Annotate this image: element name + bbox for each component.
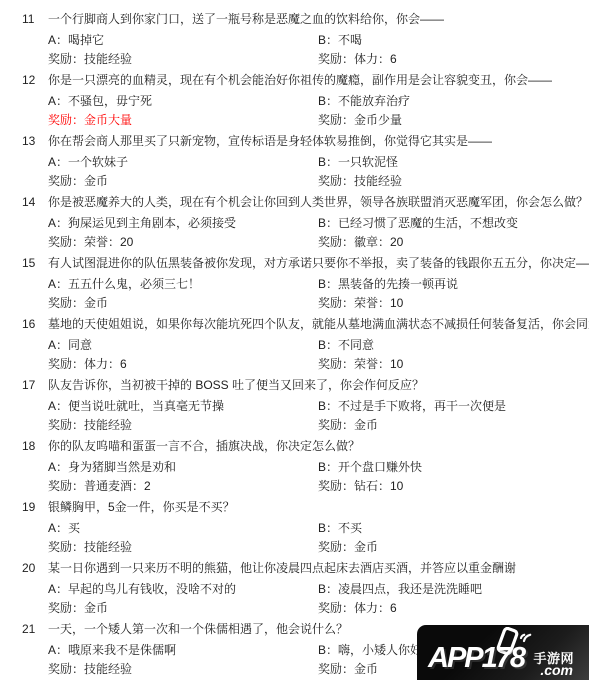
reward-a: 奖励：体力：6	[48, 356, 318, 377]
reward-a: 奖励：金币大量	[48, 112, 318, 133]
question-block: 20 某一日你遇到一只来历不明的熊猫，他让你凌晨四点起床去酒店买酒，并答应以重金…	[0, 560, 589, 621]
option-a: A：哦原来我不是侏儒啊	[48, 642, 318, 661]
question-block: 15 有人试图混进你的队伍黑装备被你发现，对方承诺只要你不举报，卖了装备的钱跟你…	[0, 255, 589, 316]
option-a: A：狗屎运见到主角剧本，必须接受	[48, 215, 318, 234]
reward-b: 奖励：荣誉：10	[318, 356, 589, 377]
question-block: 16 墓地的天使姐姐说，如果你每次能坑死四个队友，就能从墓地满血满状态不减损任何…	[0, 316, 589, 377]
question-number: 15	[22, 255, 48, 276]
question-block: 14 你是被恶魔养大的人类，现在有个机会让你回到人类世界，领导各族联盟消灭恶魔军…	[0, 194, 589, 255]
reward-a: 奖励：金币	[48, 173, 318, 194]
question-block: 18 你的队友呜喵和蛋蛋一言不合，插旗决战，你决定怎么做？ A：身为猪脚当然是劝…	[0, 438, 589, 499]
option-b: B：凌晨四点，我还是洗洗睡吧	[318, 581, 589, 600]
option-a: A：同意	[48, 337, 318, 356]
quiz-guide-document: 11 一个行脚商人到你家门口，送了一瓶号称是恶魔之血的饮料给你，你会—— A：喝…	[0, 0, 589, 680]
question-text: 你是一只漂亮的血精灵，现在有个机会能治好你祖传的魔瘾，副作用是会让容貌变丑，你会…	[48, 72, 589, 93]
reward-b: 奖励：金币	[318, 539, 589, 560]
reward-b: 奖励：金币少量	[318, 112, 589, 133]
question-text: 墓地的天使姐姐说，如果你每次能坑死四个队友，就能从墓地满血满状态不减损任何装备复…	[48, 316, 589, 337]
option-a: A：便当说吐就吐，当真毫无节操	[48, 398, 318, 417]
option-b: B：不同意	[318, 337, 589, 356]
reward-a: 奖励：技能经验	[48, 417, 318, 438]
option-a: A：买	[48, 520, 318, 539]
question-block: 19 银鳞胸甲，5金一件，你买是不买？ A：买 B：不买 奖励：技能经验 奖励：…	[0, 499, 589, 560]
reward-a: 奖励：荣誉：20	[48, 234, 318, 255]
question-number: 11	[22, 11, 48, 32]
question-text: 一个行脚商人到你家门口，送了一瓶号称是恶魔之血的饮料给你，你会——	[48, 11, 589, 32]
question-block: 17 队友告诉你，当初被干掉的 BOSS 吐了便当又回来了，你会作何反应？ A：…	[0, 377, 589, 438]
question-number: 21	[22, 621, 48, 642]
option-b: B：不买	[318, 520, 589, 539]
question-number: 16	[22, 316, 48, 337]
question-number: 18	[22, 438, 48, 459]
question-number: 19	[22, 499, 48, 520]
watermark-brand-text: APP178	[428, 644, 524, 673]
reward-b: 奖励：金币	[318, 417, 589, 438]
question-block: 12 你是一只漂亮的血精灵，现在有个机会能治好你祖传的魔瘾，副作用是会让容貌变丑…	[0, 72, 589, 133]
question-number: 17	[22, 377, 48, 398]
option-b: B：黑装备的先揍一顿再说	[318, 276, 589, 295]
reward-b: 奖励：体力：6	[318, 51, 589, 72]
question-text: 队友告诉你，当初被干掉的 BOSS 吐了便当又回来了，你会作何反应？	[48, 377, 589, 398]
option-a: A：早起的鸟儿有钱收，没啥不对的	[48, 581, 318, 600]
option-b: B：已经习惯了恶魔的生活，不想改变	[318, 215, 589, 234]
question-list: 11 一个行脚商人到你家门口，送了一瓶号称是恶魔之血的饮料给你，你会—— A：喝…	[0, 0, 589, 680]
option-a: A：身为猪脚当然是劝和	[48, 459, 318, 478]
option-a: A：一个软妹子	[48, 154, 318, 173]
question-text: 你是被恶魔养大的人类，现在有个机会让你回到人类世界，领导各族联盟消灭恶魔军团，你…	[48, 194, 589, 215]
reward-b: 奖励：荣誉：10	[318, 295, 589, 316]
question-text: 银鳞胸甲，5金一件，你买是不买？	[48, 499, 589, 520]
option-b: B：不过是手下败将，再干一次便是	[318, 398, 589, 417]
option-a: A：喝掉它	[48, 32, 318, 51]
question-block: 13 你在帮会商人那里买了只新宠物，宣传标语是身轻体软易推倒，你觉得它其实是——…	[0, 133, 589, 194]
question-text: 你在帮会商人那里买了只新宠物，宣传标语是身轻体软易推倒，你觉得它其实是——	[48, 133, 589, 154]
question-block: 11 一个行脚商人到你家门口，送了一瓶号称是恶魔之血的饮料给你，你会—— A：喝…	[0, 11, 589, 72]
question-text: 有人试图混进你的队伍黑装备被你发现，对方承诺只要你不举报，卖了装备的钱跟你五五分…	[48, 255, 589, 276]
reward-a: 奖励：金币	[48, 295, 318, 316]
reward-b: 奖励：徽章：20	[318, 234, 589, 255]
option-a: A：不骚包，毋宁死	[48, 93, 318, 112]
option-b: B：不能放弃治疗	[318, 93, 589, 112]
reward-b: 奖励：体力：6	[318, 600, 589, 621]
option-b: B：一只软泥怪	[318, 154, 589, 173]
question-text: 某一日你遇到一只来历不明的熊猫，他让你凌晨四点起床去酒店买酒，并答应以重金酬谢	[48, 560, 589, 581]
option-b: B：不喝	[318, 32, 589, 51]
question-text: 你的队友呜喵和蛋蛋一言不合，插旗决战，你决定怎么做？	[48, 438, 589, 459]
question-number: 20	[22, 560, 48, 581]
watermark-domain-text: .com	[540, 663, 573, 677]
option-a: A：五五什么鬼，必须三七！	[48, 276, 318, 295]
reward-a: 奖励：技能经验	[48, 661, 318, 680]
reward-a: 奖励：技能经验	[48, 539, 318, 560]
app178-watermark: APP178 手游网 .com	[417, 625, 589, 680]
option-b: B：开个盘口赚外快	[318, 459, 589, 478]
question-number: 12	[22, 72, 48, 93]
reward-b: 奖励：技能经验	[318, 173, 589, 194]
reward-a: 奖励：普通麦酒：2	[48, 478, 318, 499]
reward-b: 奖励：钻石：10	[318, 478, 589, 499]
question-number: 14	[22, 194, 48, 215]
reward-a: 奖励：技能经验	[48, 51, 318, 72]
reward-a: 奖励：金币	[48, 600, 318, 621]
question-number: 13	[22, 133, 48, 154]
